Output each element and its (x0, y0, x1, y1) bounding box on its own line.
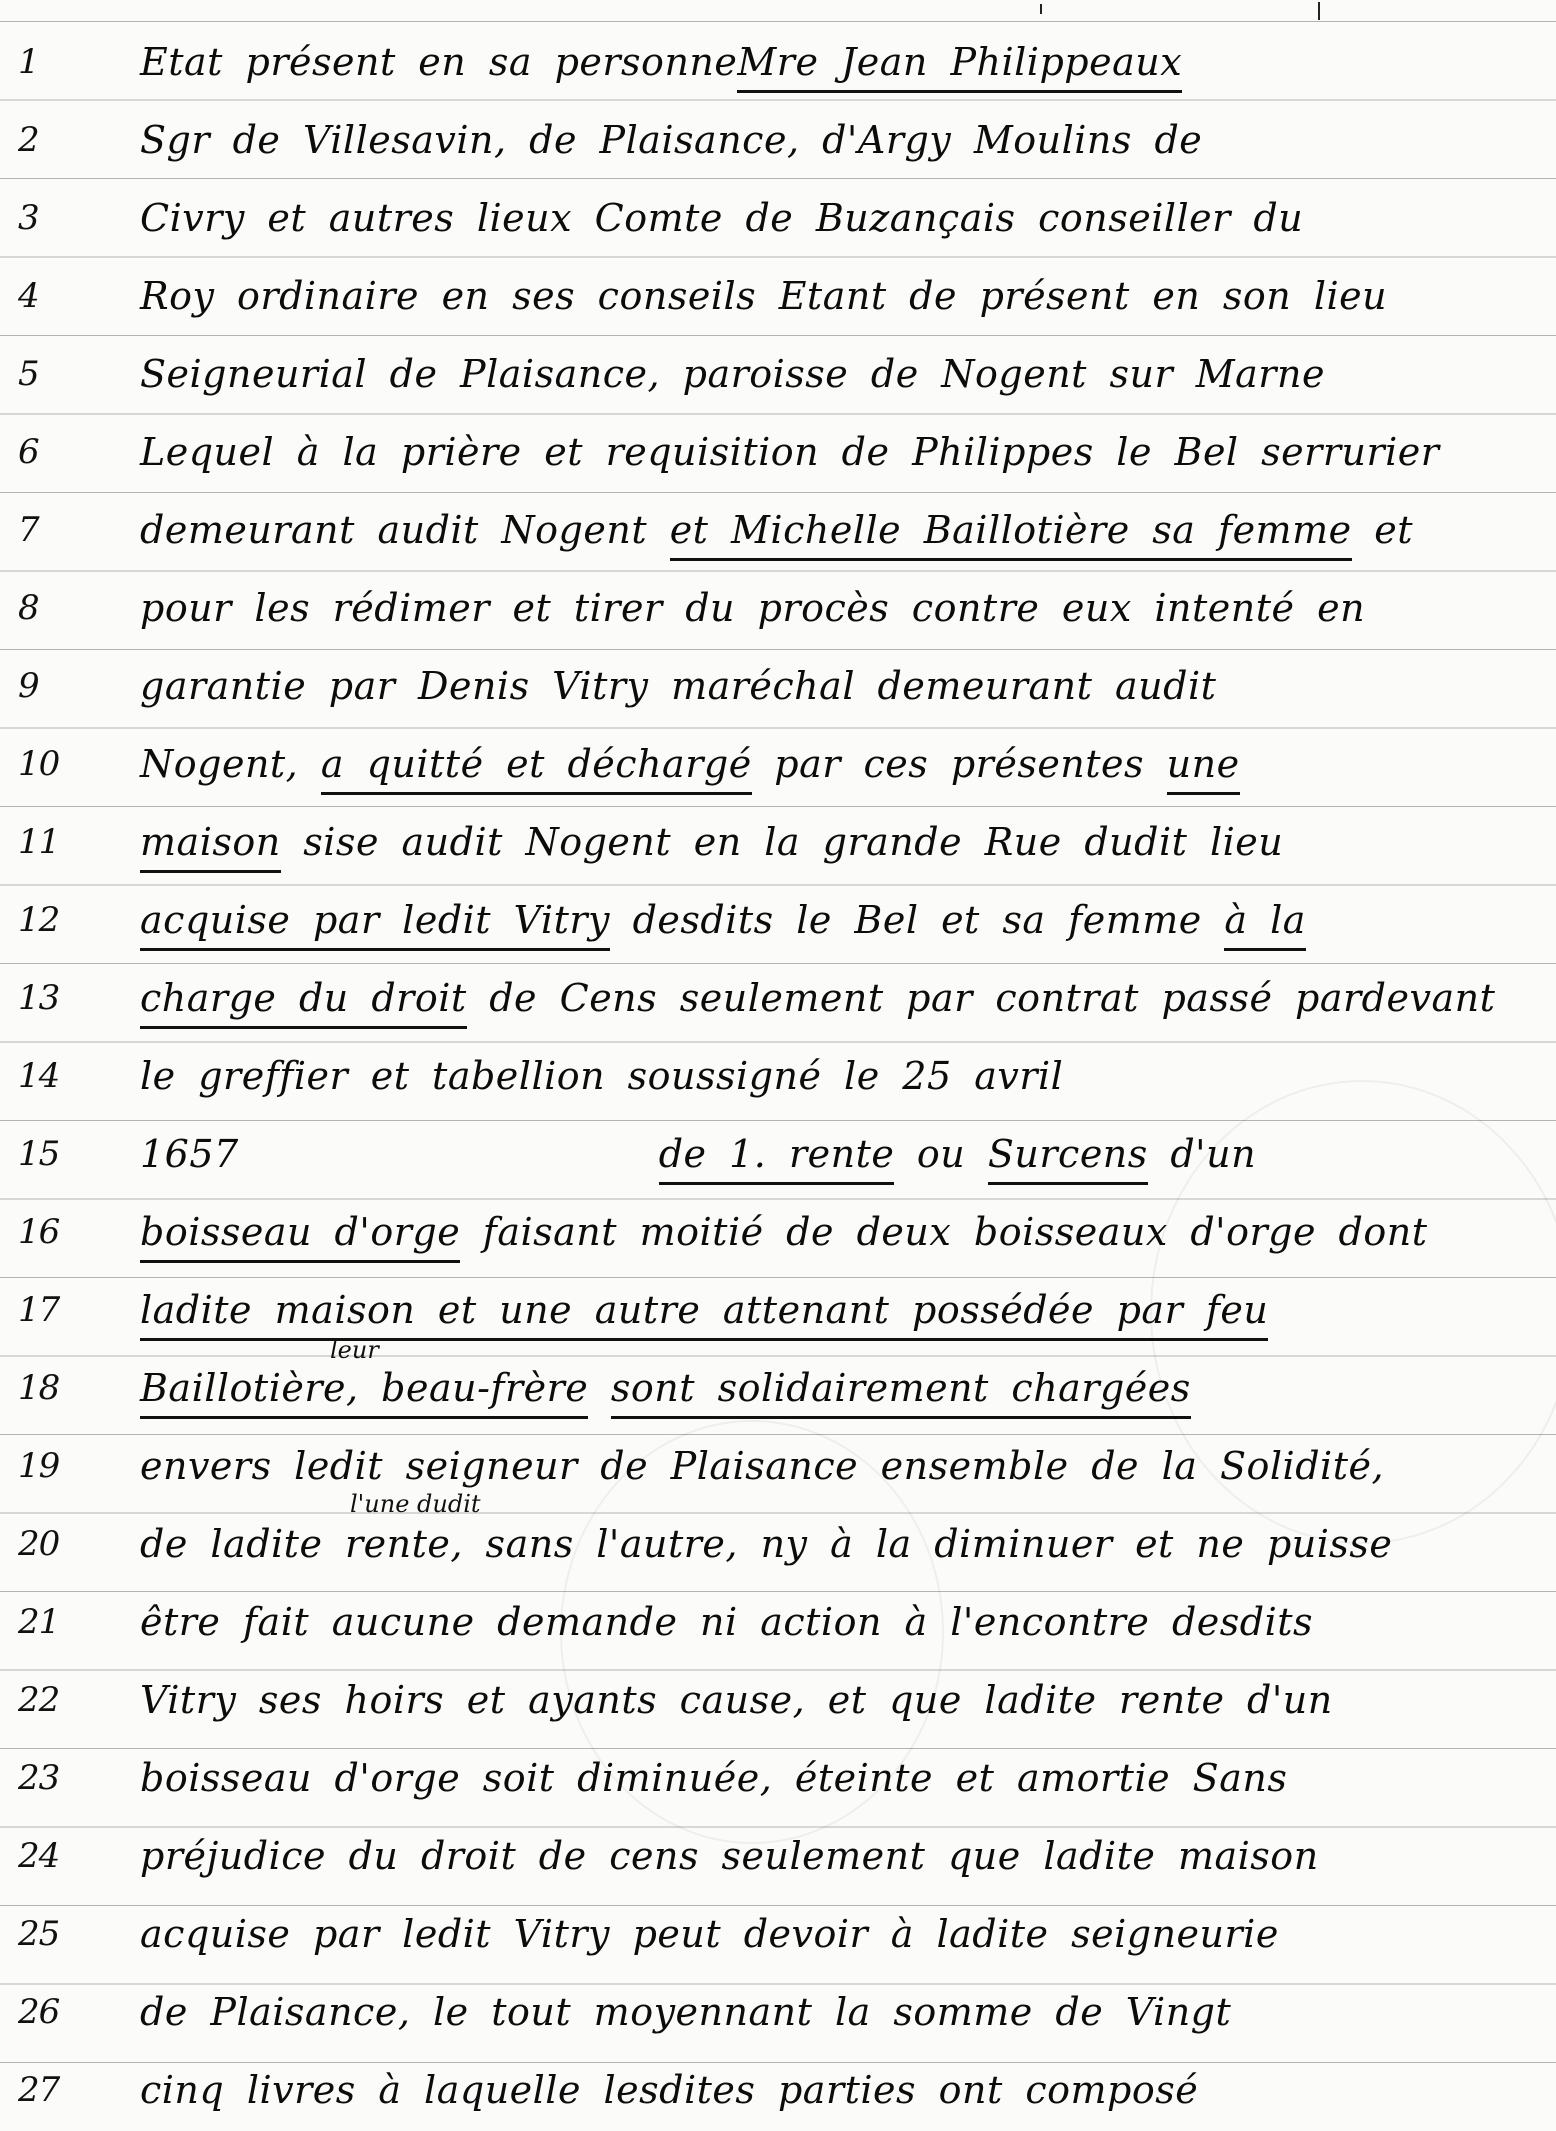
line-text-segment: Etat présent en sa personne (140, 40, 737, 84)
line-text: boisseau d'orge faisant moitié de deux b… (140, 1210, 1526, 1254)
underlined-phrase: a quitté et déchargé (321, 742, 752, 795)
line-text-segment: pour les rédimer et tirer du procès cont… (140, 586, 1365, 630)
interlinear-insertion: leur (330, 1336, 379, 1364)
line-text: Sgr de Villesavin, de Plaisance, d'Argy … (140, 118, 1526, 162)
underlined-phrase: et Michelle Baillotière sa femme (670, 508, 1352, 561)
line-text-segment: Seigneurial de Plaisance, paroisse de No… (140, 352, 1325, 396)
line-text-segment (588, 1366, 611, 1410)
numbered-line: 9 garantie par Denis Vitry maréchal deme… (0, 646, 1556, 724)
line-text-segment: cinq livres à laquelle lesdites parties … (140, 2068, 1198, 2112)
line-number: 16 (18, 1212, 59, 1252)
pen-mark (1040, 4, 1042, 14)
line-number: 2 (18, 120, 39, 160)
line-number: 21 (18, 1602, 59, 1642)
line-number: 20 (18, 1524, 59, 1564)
line-text: acquise par ledit Vitry peut devoir à la… (140, 1912, 1526, 1956)
numbered-line: 1 Etat présent en sa personneMre Jean Ph… (0, 22, 1556, 100)
line-number: 17 (18, 1290, 59, 1330)
line-text: boisseau d'orge soit diminuée, éteinte e… (140, 1756, 1526, 1800)
pen-mark (1318, 2, 1320, 20)
underlined-phrase: Mre Jean Philippeaux (737, 40, 1182, 93)
line-text-segment: d'un (1148, 1132, 1256, 1176)
line-number: 11 (18, 822, 59, 862)
numbered-line: 25 acquise par ledit Vitry peut devoir à… (0, 1894, 1556, 1972)
line-text: pour les rédimer et tirer du procès cont… (140, 586, 1526, 630)
line-text-segment: Lequel à la prière et requisition de Phi… (140, 430, 1239, 474)
underlined-phrase: sont solidairement chargées (611, 1366, 1191, 1419)
underlined-phrase: de 1. rente (659, 1132, 895, 1185)
underlined-phrase: boisseau d'orge (140, 1210, 460, 1263)
underlined-phrase: à la (1224, 898, 1306, 951)
line-text-segment: et (1352, 508, 1413, 552)
line-number: 10 (18, 744, 59, 784)
line-number: 18 (18, 1368, 59, 1408)
line-number: 19 (18, 1446, 59, 1486)
numbered-line: 22 Vitry ses hoirs et ayants cause, et q… (0, 1660, 1556, 1738)
line-text-segment: garantie par Denis Vitry maréchal demeur… (140, 664, 1216, 708)
line-text-segment: de Cens seulement par contrat passé pard… (467, 976, 1496, 1020)
line-text: Etat présent en sa personneMre Jean Phil… (140, 40, 1526, 84)
numbered-line: 19 envers ledit seigneur de Plaisance en… (0, 1426, 1556, 1504)
underlined-phrase: Surcens (988, 1132, 1148, 1185)
line-text: acquise par ledit Vitry desdits le Bel e… (140, 898, 1526, 942)
numbered-line: 3 Civry et autres lieux Comte de Buzança… (0, 178, 1556, 256)
line-text-segment: 1657 (140, 1132, 239, 1176)
line-text-segment: sise audit Nogent en la grande Rue dudit… (281, 820, 1284, 864)
line-text-segment: desdits le Bel et sa femme (610, 898, 1224, 942)
line-text: demeurant audit Nogent et Michelle Baill… (140, 508, 1526, 552)
line-number: 13 (18, 978, 59, 1018)
line-text: Lequel à la prière et requisition de Phi… (140, 430, 1526, 474)
numbered-line: 13 charge du droit de Cens seulement par… (0, 958, 1556, 1036)
numbered-line: 20 de ladite rente, sans l'autre, ny à l… (0, 1504, 1556, 1582)
line-number: 23 (18, 1758, 59, 1798)
line-number: 7 (18, 510, 39, 550)
line-text: Nogent, a quitté et déchargé par ces pré… (140, 742, 1526, 786)
line-text-segment: Nogent, (140, 742, 321, 786)
numbered-line: 26 de Plaisance, le tout moyennant la so… (0, 1972, 1556, 2050)
line-number: 26 (18, 1992, 59, 2032)
line-text-segment: le greffier et tabellion soussigné le 25… (140, 1054, 1063, 1098)
numbered-line: 12 acquise par ledit Vitry desdits le Be… (0, 880, 1556, 958)
numbered-line: 15 1657de 1. rente ou Surcens d'un (0, 1114, 1556, 1192)
numbered-line: 2 Sgr de Villesavin, de Plaisance, d'Arg… (0, 100, 1556, 178)
numbered-line: 18 Baillotière, beau-frère sont solidair… (0, 1348, 1556, 1426)
line-text: Baillotière, beau-frère sont solidaireme… (140, 1366, 1526, 1410)
numbered-line: 6 Lequel à la prière et requisition de P… (0, 412, 1556, 490)
line-text-segment: serrurier (1239, 430, 1440, 474)
line-text: Roy ordinaire en ses conseils Etant de p… (140, 274, 1526, 318)
line-text: être fait aucune demande ni action à l'e… (140, 1600, 1526, 1644)
line-number: 8 (18, 588, 39, 628)
numbered-line: 24 préjudice du droit de cens seulement … (0, 1816, 1556, 1894)
line-number: 15 (18, 1134, 59, 1174)
numbered-line: 21 être fait aucune demande ni action à … (0, 1582, 1556, 1660)
numbered-line: 16 boisseau d'orge faisant moitié de deu… (0, 1192, 1556, 1270)
line-text: envers ledit seigneur de Plaisance ensem… (140, 1444, 1526, 1488)
line-text-segment: de ladite rente, sans l'autre, ny à la d… (140, 1522, 1392, 1566)
line-number: 9 (18, 666, 39, 706)
line-text-segment: préjudice du droit de cens seulement que… (140, 1834, 1319, 1878)
line-text-segment: faisant moitié de deux boisseaux d'orge … (460, 1210, 1427, 1254)
numbered-line: 27 cinq livres à laquelle lesdites parti… (0, 2050, 1556, 2128)
line-number: 25 (18, 1914, 59, 1954)
line-text: de Plaisance, le tout moyennant la somme… (140, 1990, 1526, 2034)
underlined-phrase: acquise par ledit Vitry (140, 898, 610, 951)
line-number: 3 (18, 198, 39, 238)
line-text-segment: acquise par ledit Vitry peut devoir à la… (140, 1912, 1279, 1956)
numbered-line: 8 pour les rédimer et tirer du procès co… (0, 568, 1556, 646)
interlinear-insertion: l'une dudit (350, 1490, 481, 1518)
underlined-phrase: ladite maison et une autre attenant poss… (140, 1288, 1268, 1341)
line-text-segment: ou (894, 1132, 988, 1176)
line-text: cinq livres à laquelle lesdites parties … (140, 2068, 1526, 2112)
underlined-phrase: maison (140, 820, 281, 873)
line-text: préjudice du droit de cens seulement que… (140, 1834, 1526, 1878)
line-number: 1 (18, 42, 39, 82)
numbered-line: 10 Nogent, a quitté et déchargé par ces … (0, 724, 1556, 802)
underlined-phrase: Baillotière, beau-frère (140, 1366, 588, 1419)
line-text: maison sise audit Nogent en la grande Ru… (140, 820, 1526, 864)
line-text-segment: par ces présentes (752, 742, 1167, 786)
line-text-segment: être fait aucune demande ni action à l'e… (140, 1600, 1313, 1644)
line-number: 4 (18, 276, 39, 316)
line-text-segment: Civry et autres lieux Comte de Buzançais… (140, 196, 1303, 240)
line-text-segment: boisseau d'orge soit diminuée, éteinte e… (140, 1756, 1287, 1800)
line-text: de ladite rente, sans l'autre, ny à la d… (140, 1522, 1526, 1566)
line-number: 14 (18, 1056, 59, 1096)
line-text-segment: Vitry ses hoirs et ayants cause, et que … (140, 1678, 1333, 1722)
line-text: Seigneurial de Plaisance, paroisse de No… (140, 352, 1526, 396)
ruled-paper-page: 1 Etat présent en sa personneMre Jean Ph… (0, 0, 1556, 2131)
numbered-line: 7 demeurant audit Nogent et Michelle Bai… (0, 490, 1556, 568)
line-number: 27 (18, 2070, 59, 2110)
line-number: 6 (18, 432, 39, 472)
underlined-phrase: charge du droit (140, 976, 467, 1029)
line-text-segment: Sgr de Villesavin, de Plaisance, d'Argy … (140, 118, 1202, 162)
line-text-segment: Roy ordinaire en ses conseils Etant de p… (140, 274, 1387, 318)
line-text: Civry et autres lieux Comte de Buzançais… (140, 196, 1526, 240)
underlined-phrase: une (1167, 742, 1240, 795)
line-text: 1657de 1. rente ou Surcens d'un (140, 1132, 1526, 1176)
line-text: garantie par Denis Vitry maréchal demeur… (140, 664, 1526, 708)
line-text-segment: de Plaisance, le tout moyennant la somme… (140, 1990, 1231, 2034)
line-text: Vitry ses hoirs et ayants cause, et que … (140, 1678, 1526, 1722)
numbered-line: 5 Seigneurial de Plaisance, paroisse de … (0, 334, 1556, 412)
numbered-line: 11 maison sise audit Nogent en la grande… (0, 802, 1556, 880)
numbered-line: 17 ladite maison et une autre attenant p… (0, 1270, 1556, 1348)
line-number: 5 (18, 354, 39, 394)
line-number: 12 (18, 900, 59, 940)
line-text: charge du droit de Cens seulement par co… (140, 976, 1526, 1020)
numbered-line: 14 le greffier et tabellion soussigné le… (0, 1036, 1556, 1114)
numbered-line: 4 Roy ordinaire en ses conseils Etant de… (0, 256, 1556, 334)
line-text-segment: envers ledit seigneur de Plaisance ensem… (140, 1444, 1384, 1488)
line-text: le greffier et tabellion soussigné le 25… (140, 1054, 1526, 1098)
line-number: 22 (18, 1680, 59, 1720)
line-number: 24 (18, 1836, 59, 1876)
numbered-line: 23 boisseau d'orge soit diminuée, éteint… (0, 1738, 1556, 1816)
line-text: ladite maison et une autre attenant poss… (140, 1288, 1526, 1332)
line-text-segment: demeurant audit Nogent (140, 508, 670, 552)
